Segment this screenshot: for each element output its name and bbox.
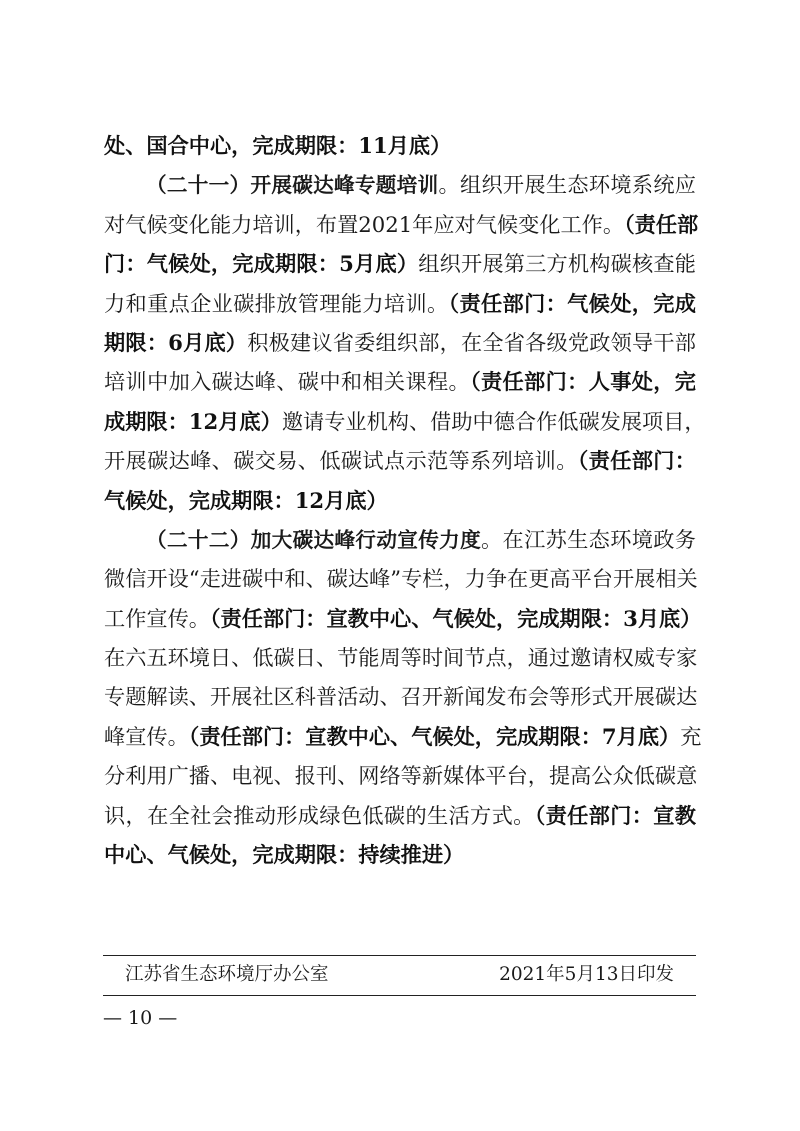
text-line: 处、国合中心，完成期限：11月底） xyxy=(104,126,696,165)
body-text-segment: 。组织开展生态环境系统应 xyxy=(438,172,696,197)
body-text-segment: 峰宣传。 xyxy=(104,724,189,749)
footer-bottom-rule xyxy=(103,995,696,996)
body-text-segment: 微信开设“走进碳中和、碳达峰”专栏，力争在更高平台开展相关 xyxy=(104,566,698,591)
page-number: — 10 — xyxy=(103,1004,177,1032)
body-text-segment: 开展碳达峰、碳交易、低碳试点示范等系列培训。 xyxy=(104,448,578,473)
document-page: 处、国合中心，完成期限：11月底）（二十一）开展碳达峰专题培训。组织开展生态环境… xyxy=(0,0,800,1131)
body-text-segment: 专题解读、开展社区科普活动、召开新闻发布会等形式开展碳达 xyxy=(104,684,697,709)
text-line: （二十一）开展碳达峰专题培训。组织开展生态环境系统应 xyxy=(104,165,696,204)
text-line: 在六五环境日、低碳日、节能周等时间节点，通过邀请权威专家 xyxy=(104,638,696,677)
text-line: 专题解读、开展社区科普活动、召开新闻发布会等形式开展碳达 xyxy=(104,677,696,716)
responsibility-note: 中心、气候处，完成期限：持续推进） xyxy=(104,842,464,867)
responsibility-note: （责任部门：气候处，完成 xyxy=(449,291,696,316)
responsibility-note: 成期限：12月底） xyxy=(104,409,282,434)
responsibility-note: 气候处，完成期限：12月底） xyxy=(104,488,388,513)
body-text-segment: 邀请专业机构、借助中德合作低碳发展项目， xyxy=(282,409,706,434)
body-text-segment: 充 xyxy=(680,724,701,749)
text-line: 期限：6月底）积极建议省委组织部，在全省各级党政领导干部 xyxy=(104,323,696,362)
responsibility-note: （责任部门：宣教中心、气候处，完成期限：3月底） xyxy=(210,606,701,631)
responsibility-note: （责任部门：人事处，完 xyxy=(470,369,696,394)
text-line: （二十二）加大碳达峰行动宣传力度。在江苏生态环境政务 xyxy=(104,520,696,559)
text-line: 培训中加入碳达峰、碳中和相关课程。（责任部门：人事处，完 xyxy=(104,362,696,401)
text-line: 成期限：12月底）邀请专业机构、借助中德合作低碳发展项目， xyxy=(104,402,696,441)
footer-top-rule xyxy=(103,955,696,956)
issue-date: 2021年5月13日印发 xyxy=(499,958,674,992)
document-body: 处、国合中心，完成期限：11月底）（二十一）开展碳达峰专题培训。组织开展生态环境… xyxy=(104,126,696,874)
text-line: 气候处，完成期限：12月底） xyxy=(104,481,696,520)
body-text-segment: 组织开展第三方机构碳核查能 xyxy=(418,251,696,276)
body-text-segment: 积极建议省委组织部，在全省各级党政领导干部 xyxy=(247,330,696,355)
text-line: 开展碳达峰、碳交易、低碳试点示范等系列培训。（责任部门： xyxy=(104,441,696,480)
responsibility-note: （责任部门：宣教 xyxy=(535,803,696,828)
text-line: 中心、气候处，完成期限：持续推进） xyxy=(104,835,696,874)
text-line: 力和重点企业碳排放管理能力培训。（责任部门：气候处，完成 xyxy=(104,284,696,323)
responsibility-note: （责任部 xyxy=(624,212,698,237)
text-line: 识，在全社会推动形成绿色低碳的生活方式。（责任部门：宣教 xyxy=(104,796,696,835)
section-heading: （二十二）加大碳达峰行动宣传力度 xyxy=(146,528,481,552)
body-text-segment: 对气候变化能力培训，布置2021年应对气候变化工作。 xyxy=(104,212,624,237)
body-text-segment: 力和重点企业碳排放管理能力培训。 xyxy=(104,291,449,316)
section-heading: （二十一）开展碳达峰专题培训 xyxy=(146,173,438,197)
responsibility-note: 处、国合中心，完成期限：11月底） xyxy=(104,133,451,158)
body-text-segment: 识，在全社会推动形成绿色低碳的生活方式。 xyxy=(104,803,535,828)
text-line: 对气候变化能力培训，布置2021年应对气候变化工作。（责任部 xyxy=(104,205,696,244)
body-text-segment: 培训中加入碳达峰、碳中和相关课程。 xyxy=(104,369,470,394)
text-line: 工作宣传。（责任部门：宣教中心、气候处，完成期限：3月底） xyxy=(104,599,696,638)
text-line: 峰宣传。（责任部门：宣教中心、气候处，完成期限：7月底）充 xyxy=(104,717,696,756)
text-line: 微信开设“走进碳中和、碳达峰”专栏，力争在更高平台开展相关 xyxy=(104,559,696,598)
body-text-segment: 在六五环境日、低碳日、节能周等时间节点，通过邀请权威专家 xyxy=(104,645,697,670)
issuer-label: 江苏省生态环境厅办公室 xyxy=(125,958,329,992)
responsibility-note: 门：气候处，完成期限：5月底） xyxy=(104,251,418,276)
body-text-segment: 分利用广播、电视、报刊、网络等新媒体平台，提高公众低碳意 xyxy=(104,763,697,788)
imprint-row: 江苏省生态环境厅办公室 2021年5月13日印发 xyxy=(103,958,696,992)
responsibility-note: （责任部门： xyxy=(578,448,696,473)
text-line: 分利用广播、电视、报刊、网络等新媒体平台，提高公众低碳意 xyxy=(104,756,696,795)
text-line: 门：气候处，完成期限：5月底）组织开展第三方机构碳核查能 xyxy=(104,244,696,283)
responsibility-note: （责任部门：宣教中心、气候处，完成期限：7月底） xyxy=(189,724,680,749)
responsibility-note: 期限：6月底） xyxy=(104,330,247,355)
body-text-segment: 工作宣传。 xyxy=(104,606,210,631)
body-text-segment: 。在江苏生态环境政务 xyxy=(481,527,696,552)
